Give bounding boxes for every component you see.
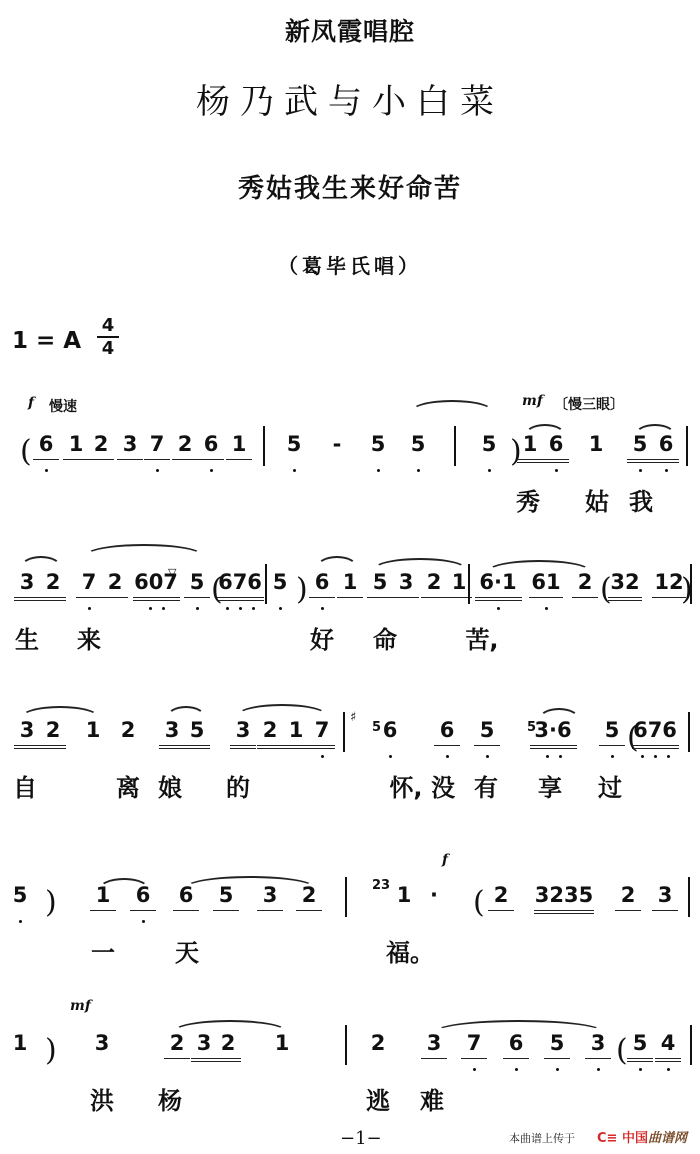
octave-dot [665, 469, 668, 472]
barline [263, 426, 265, 466]
note: 3 [591, 1031, 606, 1055]
underline-beam [102, 597, 128, 598]
underline-beam [215, 1061, 241, 1062]
time-signature: 4 4 [97, 316, 119, 358]
note: 5 [190, 718, 205, 742]
octave-dot [639, 1068, 642, 1071]
lyric: 过 [598, 768, 622, 803]
note: 5 [371, 432, 386, 456]
octave-dot [667, 1068, 670, 1071]
underline-beam [159, 748, 185, 749]
barline [690, 564, 692, 604]
underline-beam [184, 748, 210, 749]
underline-beam [230, 745, 256, 746]
underline-beam [367, 597, 393, 598]
octave-dot [597, 1068, 600, 1071]
lyric: 娘 [158, 768, 182, 803]
octave-dot [196, 607, 199, 610]
note: 3 [20, 570, 35, 594]
lyric: 的 [226, 768, 250, 803]
slur [20, 556, 62, 568]
octave-dot [473, 1068, 476, 1071]
note: 5 [482, 432, 497, 456]
lyric: 福。 [386, 933, 434, 968]
underline-beam [14, 600, 40, 601]
note: 2 [621, 883, 636, 907]
note: 1 [397, 883, 412, 907]
octave-dot [321, 607, 324, 610]
slur [634, 424, 676, 436]
note: 7 [150, 432, 165, 456]
octave-dot [149, 607, 152, 610]
barline [345, 1025, 347, 1065]
underline-beam [530, 745, 577, 746]
slur [316, 556, 358, 568]
note: 2 [221, 1031, 236, 1055]
underline-beam [14, 748, 40, 749]
bracket: ) [45, 885, 57, 920]
note: - [333, 432, 342, 456]
underline-beam [88, 459, 114, 460]
underline-beam [627, 462, 653, 463]
note: 7 [315, 718, 330, 742]
underline-beam [309, 745, 335, 746]
octave-dot [389, 755, 392, 758]
lyric: 苦, [465, 620, 498, 655]
note: 2 [170, 1031, 185, 1055]
note: 3 [236, 718, 251, 742]
underline-beam [40, 748, 66, 749]
slur [84, 544, 204, 556]
lyric: 命 [373, 620, 397, 655]
underline-beam [215, 1058, 241, 1059]
underline-beam [585, 1058, 611, 1059]
octave-dot [555, 469, 558, 472]
note: 3 [399, 570, 414, 594]
underline-beam [191, 1058, 217, 1059]
note: 4 [661, 1031, 676, 1055]
note: 5 [273, 570, 288, 594]
octave-dot [639, 469, 642, 472]
underline-beam [337, 597, 363, 598]
tempo-mark: 〔慢三眼〕 [554, 394, 624, 414]
octave-dot [611, 755, 614, 758]
note: 61 [531, 570, 560, 594]
note: 5 [13, 883, 28, 907]
note: 7 [467, 1031, 482, 1055]
underline-beam [652, 910, 678, 911]
underline-beam [40, 597, 66, 598]
octave-dot [156, 469, 159, 472]
bracket: ) [296, 572, 308, 607]
note: 3 [197, 1031, 212, 1055]
barline [454, 426, 456, 466]
slur [236, 704, 328, 716]
lyric: 姑 [585, 482, 609, 517]
octave-dot [210, 469, 213, 472]
lyric: 难 [420, 1081, 444, 1116]
note: 1 [13, 1031, 28, 1055]
lyric: 杨 [158, 1081, 182, 1116]
underline-beam [184, 597, 210, 598]
dynamic-mark: mf [522, 393, 543, 409]
underline-beam [544, 1058, 570, 1059]
underline-beam [632, 748, 679, 749]
underline-beam [40, 600, 66, 601]
watermark-logo: C≡ 中国曲谱网 [597, 1127, 687, 1146]
logo-text-b: 曲谱网 [648, 1131, 687, 1146]
underline-beam [517, 459, 543, 460]
note: 2 [46, 570, 61, 594]
underline-beam [159, 745, 185, 746]
singer-credit: （葛毕氏唱） [0, 250, 700, 279]
note: 2 [371, 1031, 386, 1055]
barline [468, 564, 470, 604]
underline-beam [529, 597, 563, 598]
octave-dot [486, 755, 489, 758]
underline-beam [309, 748, 335, 749]
octave-dot [88, 607, 91, 610]
slur [538, 708, 580, 720]
underline-beam [14, 745, 40, 746]
note: 2 [263, 718, 278, 742]
underline-beam [257, 748, 283, 749]
accent-mark: ▽ [168, 566, 176, 579]
watermark-text: 本曲谱上传于 [509, 1130, 575, 1146]
note: 1 [452, 570, 467, 594]
barline [686, 426, 688, 466]
note: 1 [86, 718, 101, 742]
bracket: ( [616, 1033, 628, 1068]
lyric: 怀, [389, 768, 422, 803]
underline-beam [296, 910, 322, 911]
octave-dot [142, 920, 145, 923]
dynamic-mark: f [28, 395, 34, 411]
underline-beam [627, 1058, 653, 1059]
octave-dot [321, 755, 324, 758]
series-title: 新凤霞唱腔 [0, 12, 700, 48]
underline-beam [257, 745, 283, 746]
grace-note: ♯ [350, 712, 356, 724]
underline-beam [14, 597, 40, 598]
underline-beam [534, 913, 594, 914]
lyric: 逃 [366, 1081, 390, 1116]
octave-dot [377, 469, 380, 472]
slur [486, 560, 592, 572]
note: 6 [383, 718, 398, 742]
octave-dot [497, 607, 500, 610]
note: 2 [108, 570, 123, 594]
underline-beam [653, 462, 679, 463]
underline-beam [257, 910, 283, 911]
lyric: 洪 [90, 1081, 114, 1116]
page-number: −1− [340, 1128, 382, 1149]
note: 3 [165, 718, 180, 742]
underline-beam [475, 600, 522, 601]
underline-beam [608, 600, 642, 601]
underline-beam [283, 745, 309, 746]
octave-dot [546, 755, 549, 758]
octave-dot [162, 607, 165, 610]
slur [410, 400, 494, 412]
underline-beam [534, 910, 594, 911]
grace-note: 23 [372, 880, 390, 892]
lyric: 好 [310, 620, 334, 655]
underline-beam [632, 745, 679, 746]
octave-dot [19, 920, 22, 923]
lyric: 有 [474, 768, 498, 803]
octave-dot [488, 469, 491, 472]
note: 2 [427, 570, 442, 594]
underline-beam [226, 459, 252, 460]
note: 2 [94, 432, 109, 456]
underline-beam [517, 462, 543, 463]
logo-text-a: 中国 [622, 1131, 648, 1146]
octave-dot [293, 469, 296, 472]
underline-beam [627, 459, 653, 460]
octave-dot [545, 607, 548, 610]
note: 3 [123, 432, 138, 456]
octave-dot [226, 607, 229, 610]
underline-beam [309, 597, 335, 598]
note: 3 [658, 883, 673, 907]
underline-beam [164, 1058, 190, 1059]
underline-beam [230, 748, 256, 749]
note: 32 [610, 570, 639, 594]
octave-dot [654, 755, 657, 758]
grace-note: 5 [372, 722, 381, 734]
bracket: ) [45, 1033, 57, 1068]
note: 1 [69, 432, 84, 456]
underline-beam [33, 459, 59, 460]
note: 2 [494, 883, 509, 907]
underline-beam [213, 910, 239, 911]
underline-beam [599, 745, 625, 746]
octave-dot [239, 607, 242, 610]
slur [372, 558, 468, 570]
octave-dot [515, 1068, 518, 1071]
lyric: 天 [175, 933, 199, 968]
underline-beam [130, 910, 156, 911]
note: 6 [315, 570, 330, 594]
logo-icon: C≡ [597, 1131, 617, 1146]
lyric: 自 [13, 768, 37, 803]
lyric: 秀 [516, 482, 540, 517]
underline-beam [572, 597, 598, 598]
underline-beam [421, 1058, 447, 1059]
octave-dot [667, 755, 670, 758]
underline-beam [655, 1058, 681, 1059]
slur [184, 876, 316, 888]
note: 5 [411, 432, 426, 456]
lyric: 没 [431, 768, 455, 803]
note: 5 [550, 1031, 565, 1055]
bracket: ( [20, 434, 32, 469]
note: 3 [95, 1031, 110, 1055]
underline-beam [608, 597, 642, 598]
underline-beam [434, 745, 460, 746]
octave-dot [417, 469, 420, 472]
underline-beam [144, 459, 170, 460]
underline-beam [653, 459, 679, 460]
octave-dot [279, 607, 282, 610]
underline-beam [133, 600, 180, 601]
note: 5 [373, 570, 388, 594]
underline-beam [543, 462, 569, 463]
bracket: ) [510, 434, 522, 469]
opera-title: 杨乃武与小白菜 [0, 74, 700, 123]
octave-dot [252, 607, 255, 610]
slur [166, 706, 206, 718]
underline-beam [488, 910, 514, 911]
grace-note: 5 [527, 722, 536, 734]
barline [690, 1025, 692, 1065]
time-denominator: 4 [97, 339, 119, 358]
underline-beam [627, 1061, 653, 1062]
underline-beam [76, 597, 102, 598]
octave-dot [45, 469, 48, 472]
slur [172, 1020, 288, 1032]
barline [688, 877, 690, 917]
slur [434, 1020, 604, 1032]
underline-beam [474, 745, 500, 746]
note: 5 [287, 432, 302, 456]
note: 2 [121, 718, 136, 742]
song-title: 秀姑我生来好命苦 [0, 168, 700, 205]
underline-beam [133, 597, 180, 598]
underline-beam [217, 597, 264, 598]
underline-beam [173, 910, 199, 911]
underline-beam [198, 459, 224, 460]
note: 12 [654, 570, 683, 594]
underline-beam [283, 748, 309, 749]
underline-beam [117, 459, 143, 460]
barline [343, 712, 345, 752]
note: 3 [427, 1031, 442, 1055]
note: 6 [39, 432, 54, 456]
underline-beam [543, 459, 569, 460]
note: 2 [178, 432, 193, 456]
note: 6 [440, 718, 455, 742]
slur [524, 424, 566, 436]
underline-beam [40, 745, 66, 746]
dynamic-mark: mf [70, 998, 91, 1014]
underline-beam [393, 597, 419, 598]
note: 7 [82, 570, 97, 594]
note: 5 [190, 570, 205, 594]
octave-dot [446, 755, 449, 758]
underline-beam [615, 910, 641, 911]
note: 3 [20, 718, 35, 742]
note: 6 [204, 432, 219, 456]
note: 1 [589, 432, 604, 456]
underline-beam [184, 745, 210, 746]
lyric: 生 [15, 620, 39, 655]
underline-beam [475, 597, 522, 598]
note: 5 [633, 1031, 648, 1055]
barline [345, 877, 347, 917]
underline-beam [461, 1058, 487, 1059]
slur [98, 878, 150, 890]
underline-beam [421, 597, 447, 598]
key-signature: 1 = A [12, 328, 81, 354]
bracket: ( [473, 885, 485, 920]
underline-beam [191, 1061, 217, 1062]
tempo-mark: 慢速 [49, 396, 77, 416]
underline-beam [503, 1058, 529, 1059]
note: 1 [275, 1031, 290, 1055]
note: 1 [343, 570, 358, 594]
octave-dot [559, 755, 562, 758]
barline [265, 564, 267, 604]
lyric: 我 [629, 482, 653, 517]
note: 1 [232, 432, 247, 456]
note: 3235 [535, 883, 593, 907]
underline-beam [172, 459, 198, 460]
note: 5 [605, 718, 620, 742]
slur [20, 706, 100, 718]
lyric: 一 [91, 933, 115, 968]
note: 676 [633, 718, 677, 742]
underline-beam [530, 748, 577, 749]
dynamic-mark: f [442, 852, 448, 868]
note: 6 [509, 1031, 524, 1055]
lyric: 离 [116, 768, 140, 803]
note: · [430, 883, 438, 907]
note: 3·6 [534, 718, 571, 742]
octave-dot [641, 755, 644, 758]
underline-beam [63, 459, 89, 460]
note: 6·1 [479, 570, 516, 594]
note: 676 [218, 570, 262, 594]
lyric: 来 [77, 620, 101, 655]
note: 2 [578, 570, 593, 594]
underline-beam [90, 910, 116, 911]
barline [688, 712, 690, 752]
octave-dot [556, 1068, 559, 1071]
underline-beam [217, 600, 264, 601]
note: 2 [46, 718, 61, 742]
time-numerator: 4 [97, 316, 119, 335]
note: 5 [480, 718, 495, 742]
lyric: 享 [538, 768, 562, 803]
note: 1 [289, 718, 304, 742]
underline-beam [655, 1061, 681, 1062]
